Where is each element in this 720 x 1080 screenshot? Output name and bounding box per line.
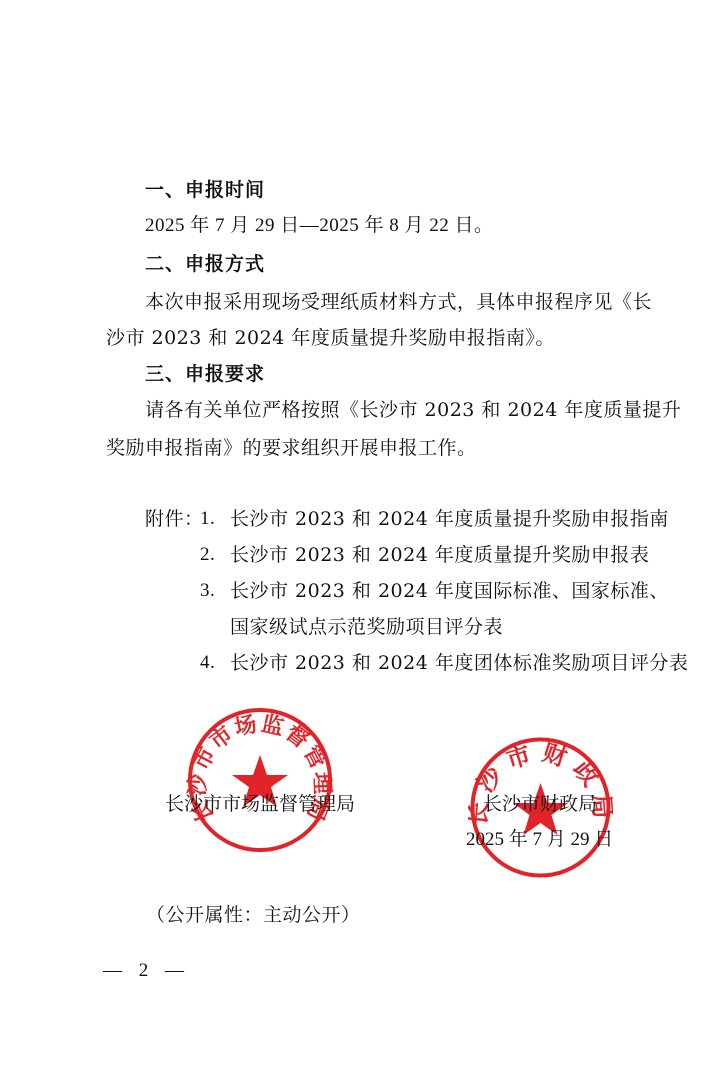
section-heading-method: 二、申报方式 — [145, 252, 265, 276]
attachment-3-number: 3. — [200, 579, 215, 603]
attachment-1-number: 1. — [200, 507, 215, 531]
signature-market-supervision: 长沙市市场监督管理局 — [165, 792, 355, 816]
attachment-4-title: 长沙市 2023 和 2024 年度团体标准奖励项目评分表 — [230, 651, 688, 675]
signature-finance-bureau: 长沙市财政局 — [483, 792, 597, 816]
seal-market-supervision-icon: 长沙市市场监督管理局 — [185, 705, 335, 855]
section-text-requirements-1: 请各有关单位严格按照《长沙市 2023 和 2024 年度质量提升 — [145, 398, 681, 422]
attachment-3-title-line-2: 国家级试点示范奖励项目评分表 — [230, 615, 503, 639]
section-heading-requirements: 三、申报要求 — [145, 362, 265, 386]
section-text-method-1: 本次申报采用现场受理纸质材料方式，具体申报程序见《长 — [145, 290, 652, 314]
section-heading-time: 一、申报时间 — [145, 178, 265, 202]
section-text-method-2: 沙市 2023 和 2024 年度质量提升奖励申报指南》。 — [106, 326, 555, 350]
attachment-2-title: 长沙市 2023 和 2024 年度质量提升奖励申报表 — [230, 543, 649, 567]
signature-date: 2025 年 7 月 29 日 — [466, 828, 613, 852]
disclosure-attribute: （公开属性：主动公开） — [146, 903, 361, 927]
section-text-requirements-2: 奖励申报指南》的要求组织开展申报工作。 — [106, 436, 477, 460]
attachments-label: 附件： — [145, 507, 204, 531]
attachment-1-title: 长沙市 2023 和 2024 年度质量提升奖励申报指南 — [230, 507, 669, 531]
attachment-3-title-line-1: 长沙市 2023 和 2024 年度国际标准、国家标准、 — [230, 579, 669, 603]
section-text-time: 2025 年 7 月 29 日—2025 年 8 月 22 日。 — [145, 214, 494, 238]
attachment-2-number: 2. — [200, 543, 215, 567]
page-number: — 2 — — [103, 960, 190, 982]
attachment-4-number: 4. — [200, 651, 215, 675]
